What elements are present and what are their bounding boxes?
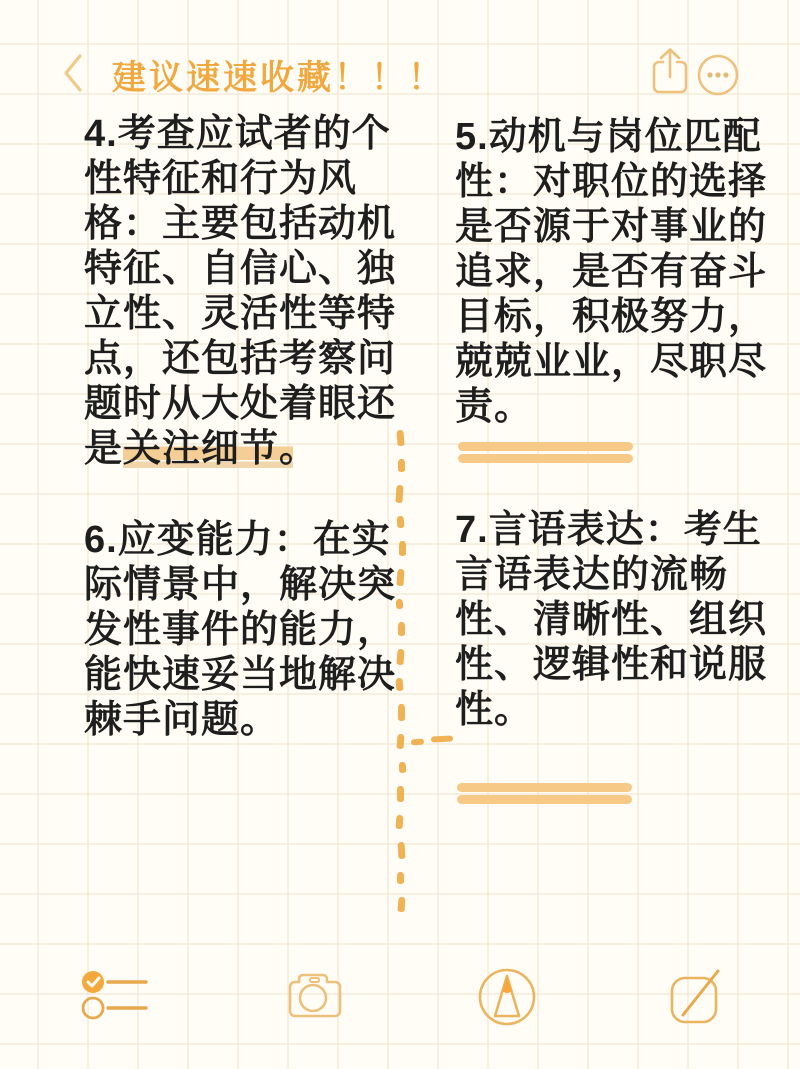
- camera-icon: [284, 971, 346, 1021]
- page-title: 建议速速收藏！！！: [112, 50, 445, 99]
- note-page: 建议速速收藏！！！ 4.考查应试者的个 性特征和行为风 格：主要包括动机 特征、…: [0, 0, 800, 1069]
- camera-button[interactable]: [284, 971, 346, 1021]
- note-item-4-tail: 。: [279, 428, 318, 470]
- ellipsis-icon: [696, 53, 740, 97]
- pen-compass-icon: [476, 966, 538, 1028]
- note-item-4-text: 4.考查应试者的个 性特征和行为风 格：主要包括动机 特征、自信心、独 立性、灵…: [84, 113, 396, 470]
- chevron-left-icon: [58, 52, 88, 94]
- more-options-button[interactable]: [696, 53, 740, 97]
- checklist-icon: [80, 969, 152, 1021]
- checklist-button[interactable]: [80, 969, 152, 1021]
- note-item-4: 4.考查应试者的个 性特征和行为风 格：主要包括动机 特征、自信心、独 立性、灵…: [84, 112, 414, 472]
- share-icon: [648, 46, 692, 98]
- note-item-7: 7.言语表达：考生 言语表达的流畅 性、清晰性、组织 性、逻辑性和说服 性。: [455, 508, 785, 733]
- double-underline-mark: [458, 442, 633, 466]
- share-button[interactable]: [648, 46, 692, 98]
- double-underline-mark: [457, 783, 632, 807]
- back-button[interactable]: [58, 52, 88, 94]
- pen-tool-button[interactable]: [476, 966, 538, 1028]
- highlighted-text: 关注细节: [123, 428, 293, 470]
- note-item-5: 5.动机与岗位匹配 性：对职位的选择 是否源于对事业的 追求，是否有奋斗 目标，…: [455, 115, 785, 430]
- note-item-6: 6.应变能力：在实 际情景中，解决突 发性事件的能力， 能快速妥当地解决 棘手问…: [84, 518, 414, 743]
- compose-icon: [666, 966, 726, 1026]
- compose-button[interactable]: [666, 966, 726, 1026]
